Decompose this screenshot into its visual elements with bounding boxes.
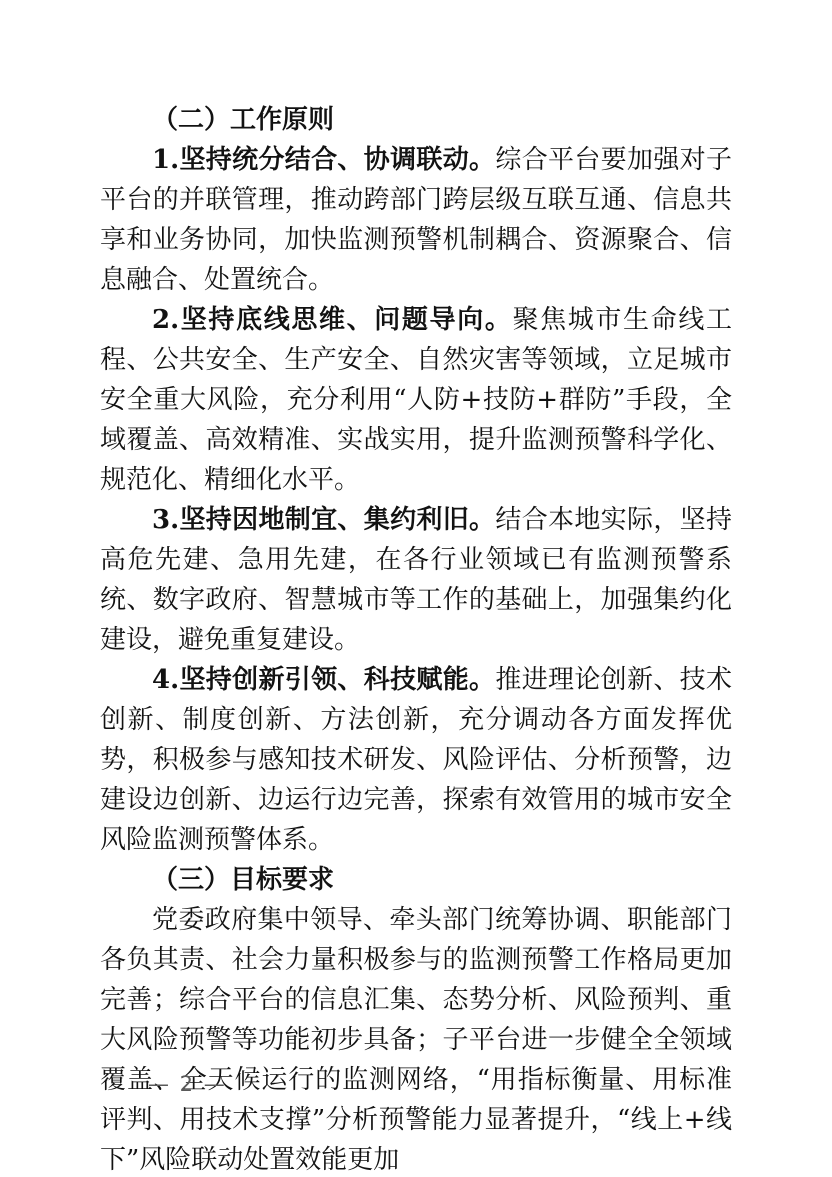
section-heading-target-requirements: （三）目标要求 xyxy=(100,860,732,900)
paragraph-principle-2: 2.坚持底线思维、问题导向。聚焦城市生命线工程、公共安全、生产安全、自然灾害等领… xyxy=(100,300,732,500)
paragraph-principle-1: 1.坚持统分结合、协调联动。综合平台要加强对子平台的并联管理，推动跨部门跨层级互… xyxy=(100,140,732,300)
paragraph-targets: 党委政府集中领导、牵头部门统筹协调、职能部门各负其责、社会力量积极参与的监测预警… xyxy=(100,900,732,1177)
document-page: （二）工作原则 1.坚持统分结合、协调联动。综合平台要加强对子平台的并联管理，推… xyxy=(0,0,832,1177)
paragraph-lead: 4.坚持创新引领、科技赋能。 xyxy=(152,665,495,695)
paragraph-lead: 2.坚持底线思维、问题导向。 xyxy=(152,305,512,335)
paragraph-principle-3: 3.坚持因地制宜、集约利旧。结合本地实际，坚持高危先建、急用先建，在各行业领域已… xyxy=(100,500,732,660)
section-heading-work-principles: （二）工作原则 xyxy=(100,100,732,140)
paragraph-principle-4: 4.坚持创新引领、科技赋能。推进理论创新、技术创新、制度创新、方法创新，充分调动… xyxy=(100,660,732,860)
paragraph-body: 党委政府集中领导、牵头部门统筹协调、职能部门各负其责、社会力量积极参与的监测预警… xyxy=(100,905,732,1175)
paragraph-lead: 1.坚持统分结合、协调联动。 xyxy=(152,145,495,175)
page-number: — 2 — xyxy=(148,1072,227,1096)
document-body: （二）工作原则 1.坚持统分结合、协调联动。综合平台要加强对子平台的并联管理，推… xyxy=(100,100,732,1177)
paragraph-lead: 3.坚持因地制宜、集约利旧。 xyxy=(152,505,495,535)
